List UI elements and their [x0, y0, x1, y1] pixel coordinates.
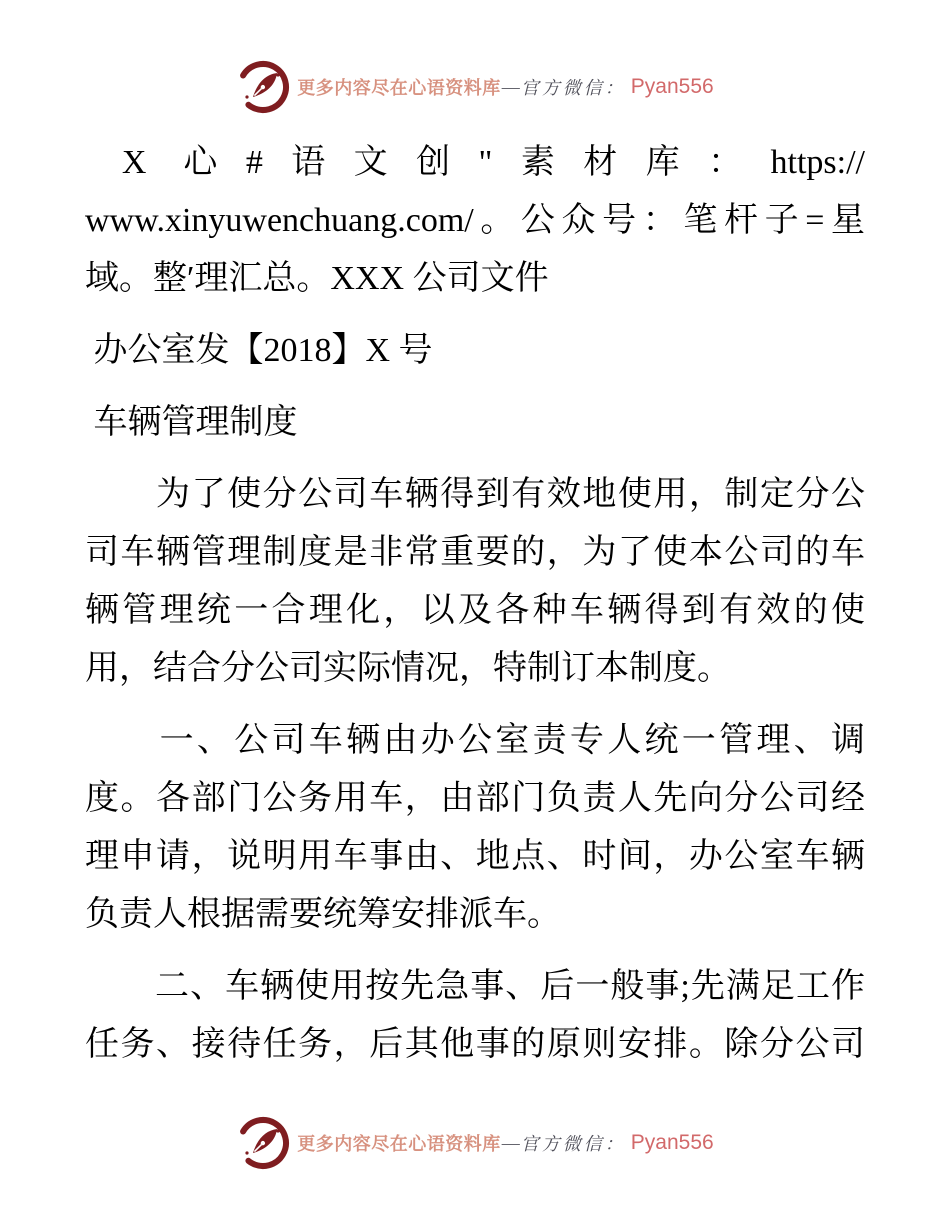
paragraph: 办公室发【2018】X 号: [85, 322, 865, 380]
brand-slogan: 更多内容尽在心语资料库: [297, 74, 501, 100]
text-line: 域。整′理汇总。XXX 公司文件: [85, 250, 865, 308]
text-line: www.xinyuwenchuang.com/。公众号：笔杆子=星: [85, 192, 865, 250]
text-line: 一、公司车辆由办公室责专人统一管理、调: [85, 712, 865, 770]
header-branding: 更多内容尽在心语资料库 — 官方微信： Pyan556: [0, 0, 950, 116]
paragraph: 二、车辆使用按先急事、后一般事;先满足工作任务、接待任务，后其他事的原则安排。除…: [85, 958, 865, 1074]
pen-nib-logo-icon: [236, 60, 290, 114]
text-line: X 心#语文创"素材库：https://: [85, 134, 865, 192]
brand-separator: —: [502, 77, 520, 98]
text-line: 二、车辆使用按先急事、后一般事;先满足工作: [85, 958, 865, 1016]
paragraph: 为了使分公司车辆得到有效地使用，制定分公司车辆管理制度是非常重要的，为了使本公司…: [85, 466, 865, 698]
text-line: 司车辆管理制度是非常重要的，为了使本公司的车: [85, 524, 865, 582]
text-line: 度。各部门公务用车，由部门负责人先向分公司经: [85, 770, 865, 828]
text-line: 理申请，说明用车事由、地点、时间，办公室车辆: [85, 828, 865, 886]
paragraph: X 心#语文创"素材库：https://www.xinyuwenchuang.c…: [85, 134, 865, 308]
document-body: X 心#语文创"素材库：https://www.xinyuwenchuang.c…: [85, 134, 865, 1074]
text-line: 办公室发【2018】X 号: [85, 322, 865, 380]
wechat-id: Pyan556: [631, 1131, 714, 1155]
paragraph: 车辆管理制度: [85, 394, 865, 452]
text-line: 为了使分公司车辆得到有效地使用，制定分公: [85, 466, 865, 524]
text-line: 负责人根据需要统筹安排派车。: [85, 886, 865, 944]
text-line: 用，结合分公司实际情况，特制订本制度。: [85, 640, 865, 698]
wechat-id: Pyan556: [631, 75, 714, 99]
document-page: 更多内容尽在心语资料库 — 官方微信： Pyan556 X 心#语文创"素材库：…: [0, 0, 950, 1230]
wechat-label: 官方微信：: [521, 74, 626, 100]
text-line: 任务、接待任务，后其他事的原则安排。除分公司: [85, 1016, 865, 1074]
paragraph: 一、公司车辆由办公室责专人统一管理、调度。各部门公务用车，由部门负责人先向分公司…: [85, 712, 865, 944]
wechat-label: 官方微信：: [521, 1130, 626, 1156]
footer-branding: 更多内容尽在心语资料库 — 官方微信： Pyan556: [0, 1114, 950, 1172]
brand-separator: —: [502, 1133, 520, 1154]
brand-slogan: 更多内容尽在心语资料库: [297, 1130, 501, 1156]
text-line: 车辆管理制度: [85, 394, 865, 452]
text-line: 辆管理统一合理化，以及各种车辆得到有效的使: [85, 582, 865, 640]
pen-nib-logo-icon: [236, 1116, 290, 1170]
